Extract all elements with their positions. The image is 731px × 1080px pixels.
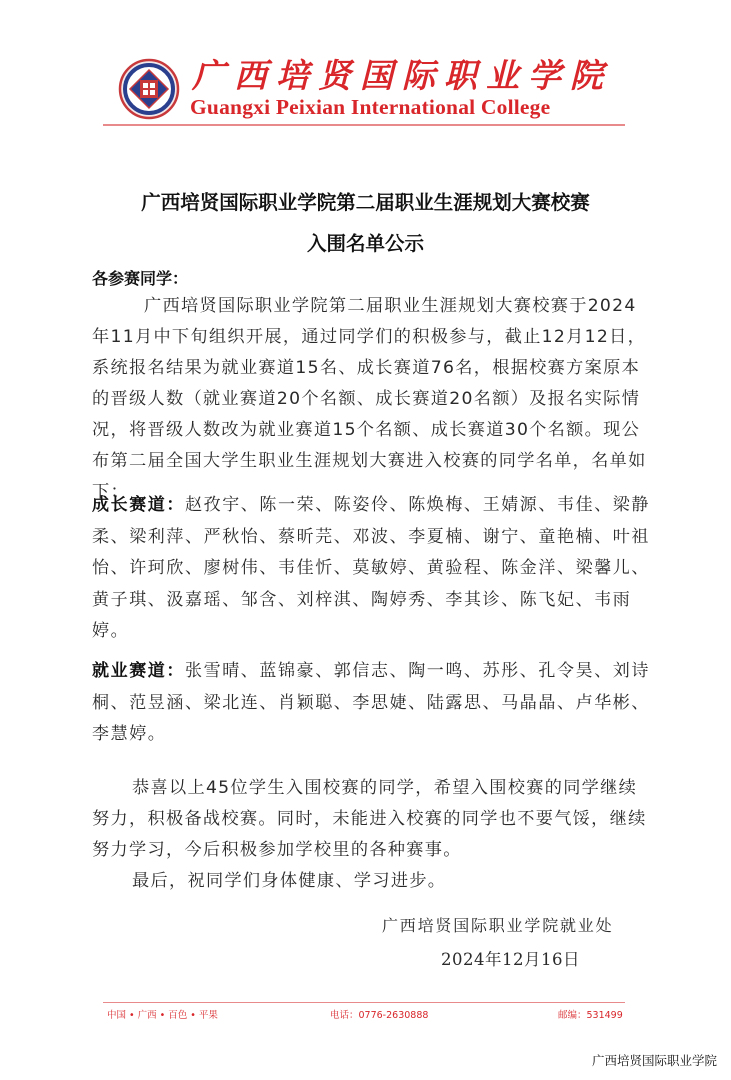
growth-track-list: 成长赛道：赵孜宇、陈一荣、陈姿伶、陈焕梅、王婧源、韦佳、梁静柔、梁利萍、严秋怡、…	[92, 490, 652, 648]
salutation: 各参赛同学：	[92, 266, 188, 289]
document-title-line-2: 入围名单公示	[0, 228, 731, 256]
header-divider	[103, 124, 625, 126]
growth-track-names: 赵孜宇、陈一荣、陈姿伶、陈焕梅、王婧源、韦佳、梁静柔、梁利萍、严秋怡、蔡昕芫、邓…	[92, 495, 650, 641]
letterhead: 广西培贤国际职业学院 Guangxi Peixian International…	[100, 52, 630, 132]
document-title-line-1: 广西培贤国际职业学院第二届职业生涯规划大赛校赛	[0, 187, 731, 215]
footer-divider	[103, 1002, 625, 1003]
college-name-english: Guangxi Peixian International College	[190, 94, 550, 120]
source-watermark: 广西培贤国际职业学院	[592, 1051, 717, 1069]
footer-phone: 电话：0776-2630888	[330, 1007, 428, 1021]
footer-zip: 邮编：531499	[558, 1007, 623, 1021]
signature-department: 广西培贤国际职业学院就业处	[382, 913, 613, 936]
employment-track-list: 就业赛道：张雪晴、蓝锦豪、郭信志、陶一鸣、苏彤、孔令昊、刘诗桐、范昱涵、梁北连、…	[92, 656, 652, 751]
congrats-paragraph: 恭喜以上45位学生入围校赛的同学，希望入围校赛的同学继续努力，积极备战校赛。同时…	[92, 773, 652, 866]
closing-paragraph: 最后，祝同学们身体健康、学习进步。	[132, 866, 692, 897]
signature-date: 2024年12月16日	[441, 946, 580, 970]
growth-track-label: 成长赛道：	[92, 495, 185, 515]
intro-paragraph: 广西培贤国际职业学院第二届职业生涯规划大赛校赛于2024年11月中下旬组织开展，…	[92, 291, 652, 508]
college-logo-icon	[114, 58, 184, 120]
college-name-chinese: 广西培贤国际职业学院	[192, 58, 612, 94]
footer-address: 中国 • 广西 • 百色 • 平果	[107, 1007, 218, 1021]
employment-track-label: 就业赛道：	[92, 661, 185, 681]
